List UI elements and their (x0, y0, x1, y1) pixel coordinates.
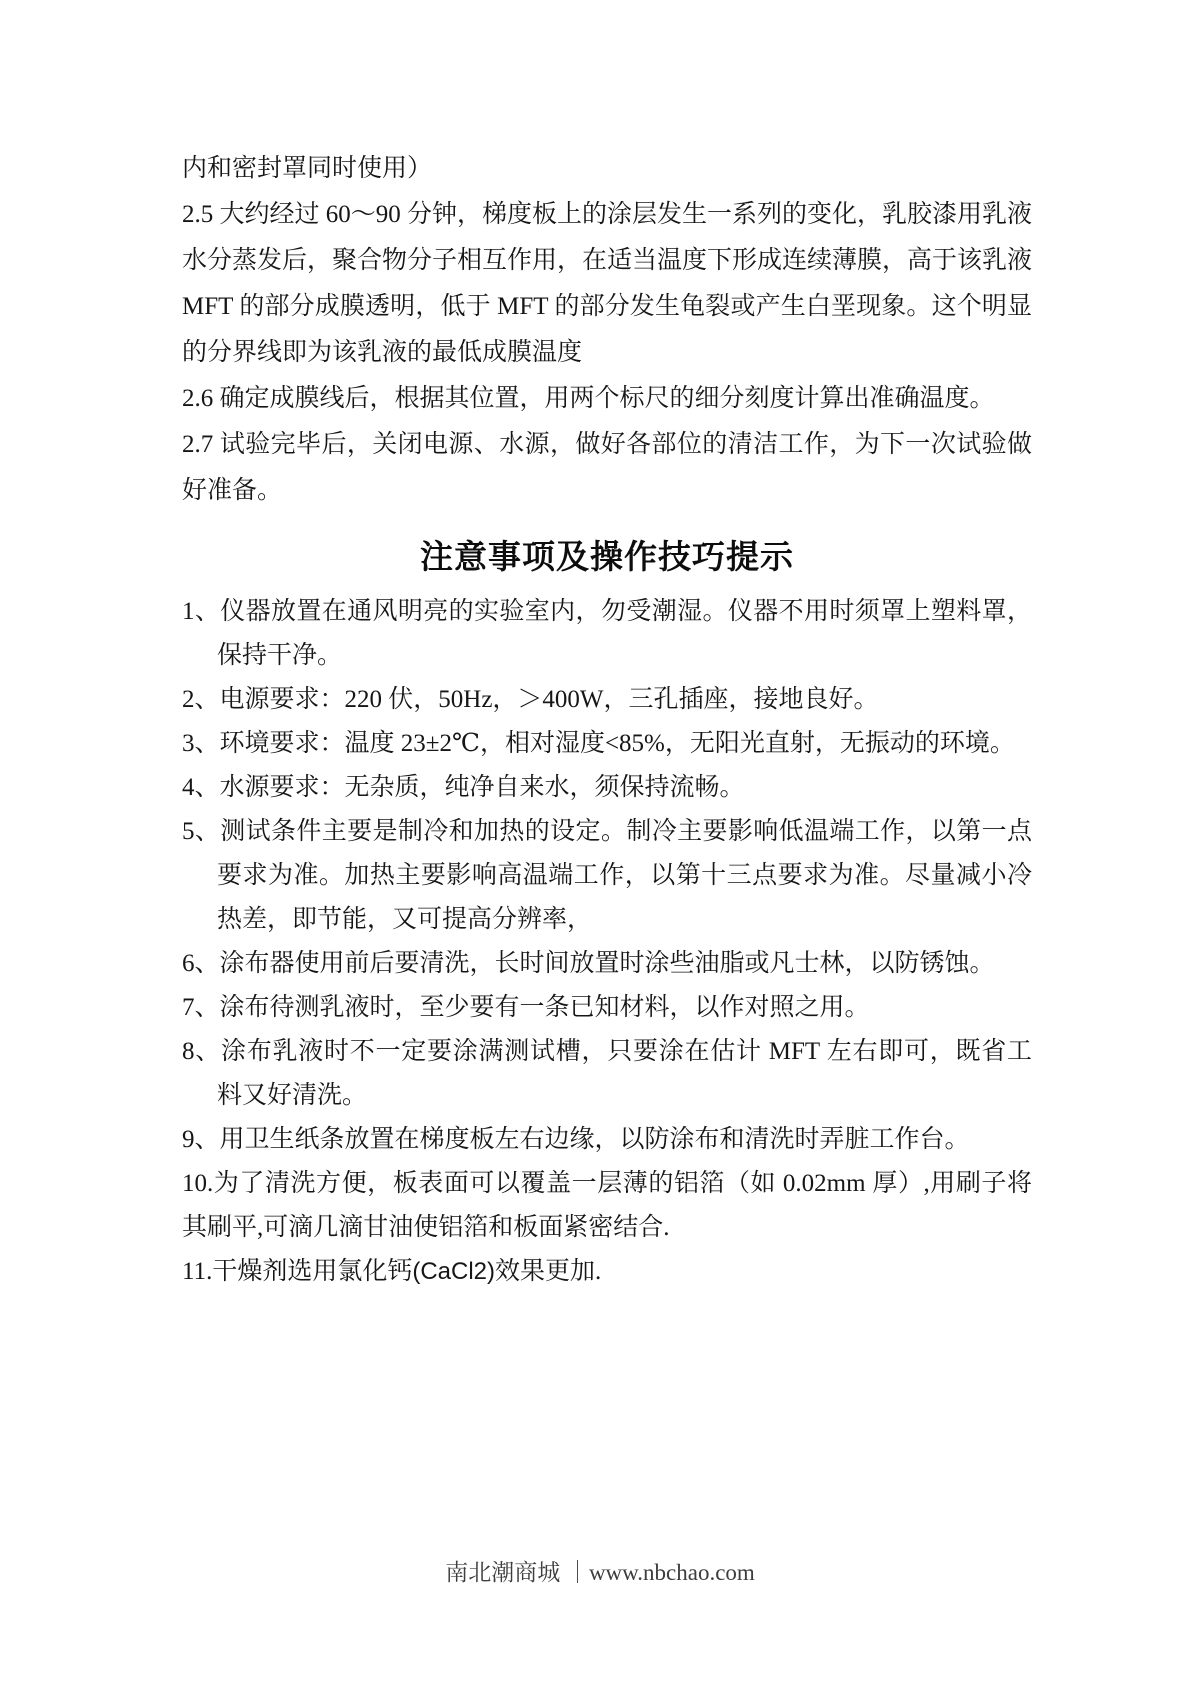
chemical-formula: (CaCl2) (412, 1258, 495, 1285)
note-item: 11.干燥剂选用氯化钙(CaCl2)效果更加. (182, 1250, 1032, 1294)
note-text: 仪器放置在通风明亮的实验室内，勿受潮湿。仪器不用时须罩上塑料罩，保持干净。 (217, 598, 1032, 669)
intro-paragraph: 2.6 确定成膜线后，根据其位置，用两个标尺的细分刻度计算出准确温度。 (182, 376, 1032, 422)
note-text: 环境要求：温度 23±2℃，相对湿度<85%，无阳光直射，无振动的环境。 (220, 730, 1015, 757)
note-text: 效果更加. (495, 1258, 601, 1285)
note-marker: 10. (182, 1170, 213, 1197)
notes-list: 1、仪器放置在通风明亮的实验室内，勿受潮湿。仪器不用时须罩上塑料罩，保持干净。 … (182, 590, 1032, 1294)
footer-separator: ｜ (560, 1560, 589, 1585)
note-item: 9、用卫生纸条放置在梯度板左右边缘，以防涂布和清洗时弄脏工作台。 (182, 1118, 1032, 1162)
note-item: 1、仪器放置在通风明亮的实验室内，勿受潮湿。仪器不用时须罩上塑料罩，保持干净。 (182, 590, 1032, 678)
note-item: 3、环境要求：温度 23±2℃，相对湿度<85%，无阳光直射，无振动的环境。 (182, 722, 1032, 766)
document-page: 内和密封罩同时使用） 2.5 大约经过 60～90 分钟，梯度板上的涂层发生一系… (0, 0, 1200, 1697)
note-item: 8、涂布乳液时不一定要涂满测试槽，只要涂在估计 MFT 左右即可，既省工料又好清… (182, 1030, 1032, 1118)
note-item: 6、涂布器使用前后要清洗，长时间放置时涂些油脂或凡士林，以防锈蚀。 (182, 942, 1032, 986)
note-marker: 7、 (182, 994, 220, 1021)
note-marker: 9、 (182, 1126, 220, 1153)
note-marker: 3、 (182, 730, 220, 757)
note-marker: 5、 (182, 818, 220, 845)
intro-paragraph: 内和密封罩同时使用） (182, 146, 1032, 192)
note-marker: 11. (182, 1258, 212, 1285)
note-marker: 2、 (182, 686, 220, 713)
footer-site-name: 南北潮商城 (445, 1560, 560, 1585)
footer-url: www.nbchao.com (589, 1560, 755, 1585)
note-item: 4、水源要求：无杂质，纯净自来水，须保持流畅。 (182, 766, 1032, 810)
section-heading: 注意事项及操作技巧提示 (182, 536, 1032, 578)
page-content: 内和密封罩同时使用） 2.5 大约经过 60～90 分钟，梯度板上的涂层发生一系… (182, 146, 1032, 1294)
note-item: 5、测试条件主要是制冷和加热的设定。制冷主要影响低温端工作，以第一点要求为准。加… (182, 810, 1032, 942)
note-text: 电源要求：220 伏，50Hz，＞400W，三孔插座，接地良好。 (220, 686, 879, 713)
page-footer: 南北潮商城 ｜www.nbchao.com (0, 1556, 1200, 1590)
note-text: 干燥剂选用氯化钙 (212, 1258, 412, 1285)
note-text: 测试条件主要是制冷和加热的设定。制冷主要影响低温端工作，以第一点要求为准。加热主… (217, 818, 1032, 933)
note-marker: 4、 (182, 774, 220, 801)
note-marker: 6、 (182, 950, 220, 977)
note-marker: 8、 (182, 1038, 221, 1065)
note-text: 涂布乳液时不一定要涂满测试槽，只要涂在估计 MFT 左右即可，既省工料又好清洗。 (217, 1038, 1032, 1109)
note-item: 7、涂布待测乳液时，至少要有一条已知材料，以作对照之用。 (182, 986, 1032, 1030)
note-text: 为了清洗方便，板表面可以覆盖一层薄的铝箔（如 0.02mm 厚）,用刷子将其刷平… (182, 1170, 1032, 1241)
note-text: 涂布器使用前后要清洗，长时间放置时涂些油脂或凡士林，以防锈蚀。 (220, 950, 995, 977)
intro-paragraph: 2.7 试验完毕后，关闭电源、水源，做好各部位的清洁工作，为下一次试验做好准备。 (182, 422, 1032, 514)
intro-paragraph: 2.5 大约经过 60～90 分钟，梯度板上的涂层发生一系列的变化，乳胶漆用乳液… (182, 192, 1032, 376)
note-item: 2、电源要求：220 伏，50Hz，＞400W，三孔插座，接地良好。 (182, 678, 1032, 722)
note-text: 用卫生纸条放置在梯度板左右边缘，以防涂布和清洗时弄脏工作台。 (220, 1126, 970, 1153)
note-item: 10.为了清洗方便，板表面可以覆盖一层薄的铝箔（如 0.02mm 厚）,用刷子将… (182, 1162, 1032, 1250)
note-marker: 1、 (182, 598, 220, 625)
note-text: 涂布待测乳液时，至少要有一条已知材料，以作对照之用。 (220, 994, 870, 1021)
note-text: 水源要求：无杂质，纯净自来水，须保持流畅。 (220, 774, 745, 801)
